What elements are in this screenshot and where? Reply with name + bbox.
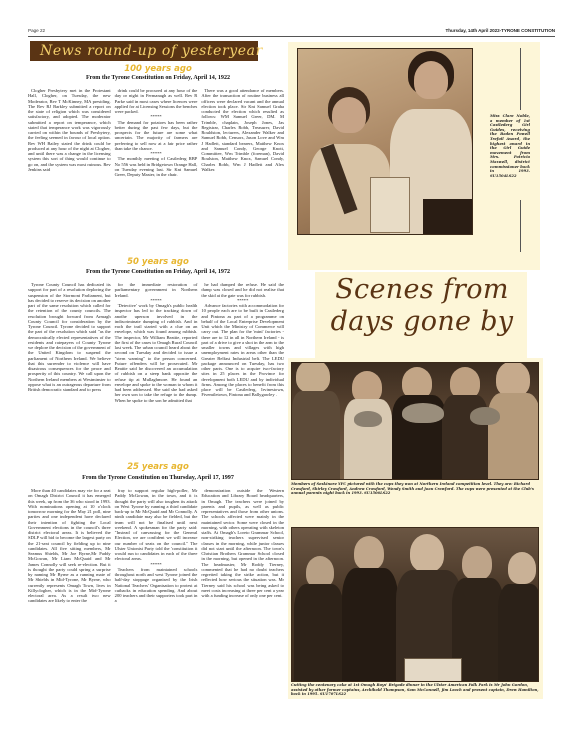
- scenes-heading-line1: Scenes from: [312, 274, 532, 306]
- scenes-heading-line2: days gone by: [312, 306, 532, 338]
- page-header: Page 22 Thursday, 14th April 2022-TYRONE…: [28, 29, 555, 37]
- section-banner: News round-up of yesteryear: [30, 41, 258, 61]
- trophy-cup: [402, 403, 444, 423]
- person-face: [508, 552, 536, 584]
- trophy-cup: [354, 411, 382, 427]
- photo-caption-yfc: Members of Seskinore YFC pictured with t…: [291, 482, 541, 496]
- person-body: [342, 568, 398, 682]
- paragraph: Tyrone County Council has dedicated its …: [28, 282, 111, 392]
- person-face: [496, 362, 530, 397]
- era-subtitle-25: From the Tyrone Constitution on Thursday…: [28, 475, 288, 481]
- person-body: [498, 584, 539, 682]
- person-face: [410, 534, 444, 572]
- article-column: There was a good attendance of members. …: [201, 88, 284, 253]
- article-column: Tyrone County Council has dedicated its …: [28, 282, 111, 460]
- dateline: Thursday, 14th April 2022-TYRONE CONSTIT…: [445, 28, 555, 33]
- photo-girl-guides: [297, 48, 473, 235]
- paragraph: The demand for potatoes has been rather …: [115, 120, 198, 152]
- paragraph: drink could be procured at any hour of t…: [115, 88, 198, 114]
- person-face: [332, 97, 366, 133]
- era-subtitle-50: From the Tyrone Constitution on Friday, …: [28, 269, 288, 275]
- era-heading-25: 25 years ago: [28, 462, 288, 472]
- paragraph: he had dumped the refuse. He said the du…: [201, 282, 284, 298]
- person-face: [296, 362, 330, 393]
- photo-caption-boys-brigade: Cutting the centenary cake at 1st Omagh …: [291, 683, 541, 697]
- photo-yfc-cups: [291, 362, 539, 480]
- article-column: More than 40 candidates may vie for a se…: [28, 488, 111, 648]
- divider-line: [520, 200, 521, 252]
- paragraph: Advance factories with accommodation for…: [201, 303, 284, 398]
- divider-line: [520, 48, 521, 110]
- paragraph: There was a good attendance of members. …: [201, 88, 284, 172]
- centenary-cake: [404, 658, 462, 682]
- article-column: for the immediate restoration of parliam…: [115, 282, 198, 460]
- award-certificate: [370, 177, 410, 233]
- article-column: demonstration outside the Western Educat…: [201, 488, 284, 648]
- paragraph: Clogher Presbytery met in the Protestant…: [28, 88, 111, 172]
- paragraph: More than 40 candidates may vie for a se…: [28, 488, 111, 604]
- article-column: drink could be procured at any hour of t…: [115, 88, 198, 253]
- paragraph: 'Detective' work by Omagh's public healt…: [115, 303, 198, 403]
- person-face: [462, 546, 492, 580]
- photo-caption-girl-guides: Miss Clare Noble, a member of 1st Castle…: [490, 114, 530, 178]
- scenes-heading: Scenes from days gone by: [312, 274, 532, 338]
- era-heading-50: 50 years ago: [28, 257, 288, 267]
- article-columns-50: Tyrone County Council has dedicated its …: [28, 282, 284, 460]
- paragraph: demonstration outside the Western Educat…: [201, 488, 284, 598]
- person-body: [292, 391, 340, 480]
- paragraph: fray to support regular high-poller, Mr …: [115, 488, 198, 562]
- person-body: [294, 584, 344, 682]
- page-number: Page 22: [28, 28, 45, 33]
- article-columns-25: More than 40 candidates may vie for a se…: [28, 488, 284, 648]
- paragraph: for the immediate restoration of parliam…: [115, 282, 198, 298]
- article-column: fray to support regular high-poller, Mr …: [115, 488, 198, 648]
- trophy-cup: [470, 407, 500, 425]
- dark-skirt: [423, 199, 473, 235]
- banner-title: News round-up of yesteryear: [30, 41, 258, 61]
- person-body: [488, 393, 539, 480]
- paragraph: The monthly meeting of Castlederg RBP No…: [115, 156, 198, 177]
- person-face: [414, 61, 448, 99]
- article-column: he had dumped the refuse. He said the du…: [201, 282, 284, 460]
- article-columns-100: Clogher Presbytery met in the Protestant…: [28, 88, 284, 253]
- era-heading-100: 100 years ago: [28, 64, 288, 74]
- article-column: Clogher Presbytery met in the Protestant…: [28, 88, 111, 253]
- era-subtitle-100: From the Tyrone Constitution on Friday, …: [28, 75, 288, 81]
- paragraph: Teachers from maintained schools through…: [115, 567, 198, 604]
- photo-boys-brigade: [291, 527, 539, 682]
- person-face: [354, 536, 384, 570]
